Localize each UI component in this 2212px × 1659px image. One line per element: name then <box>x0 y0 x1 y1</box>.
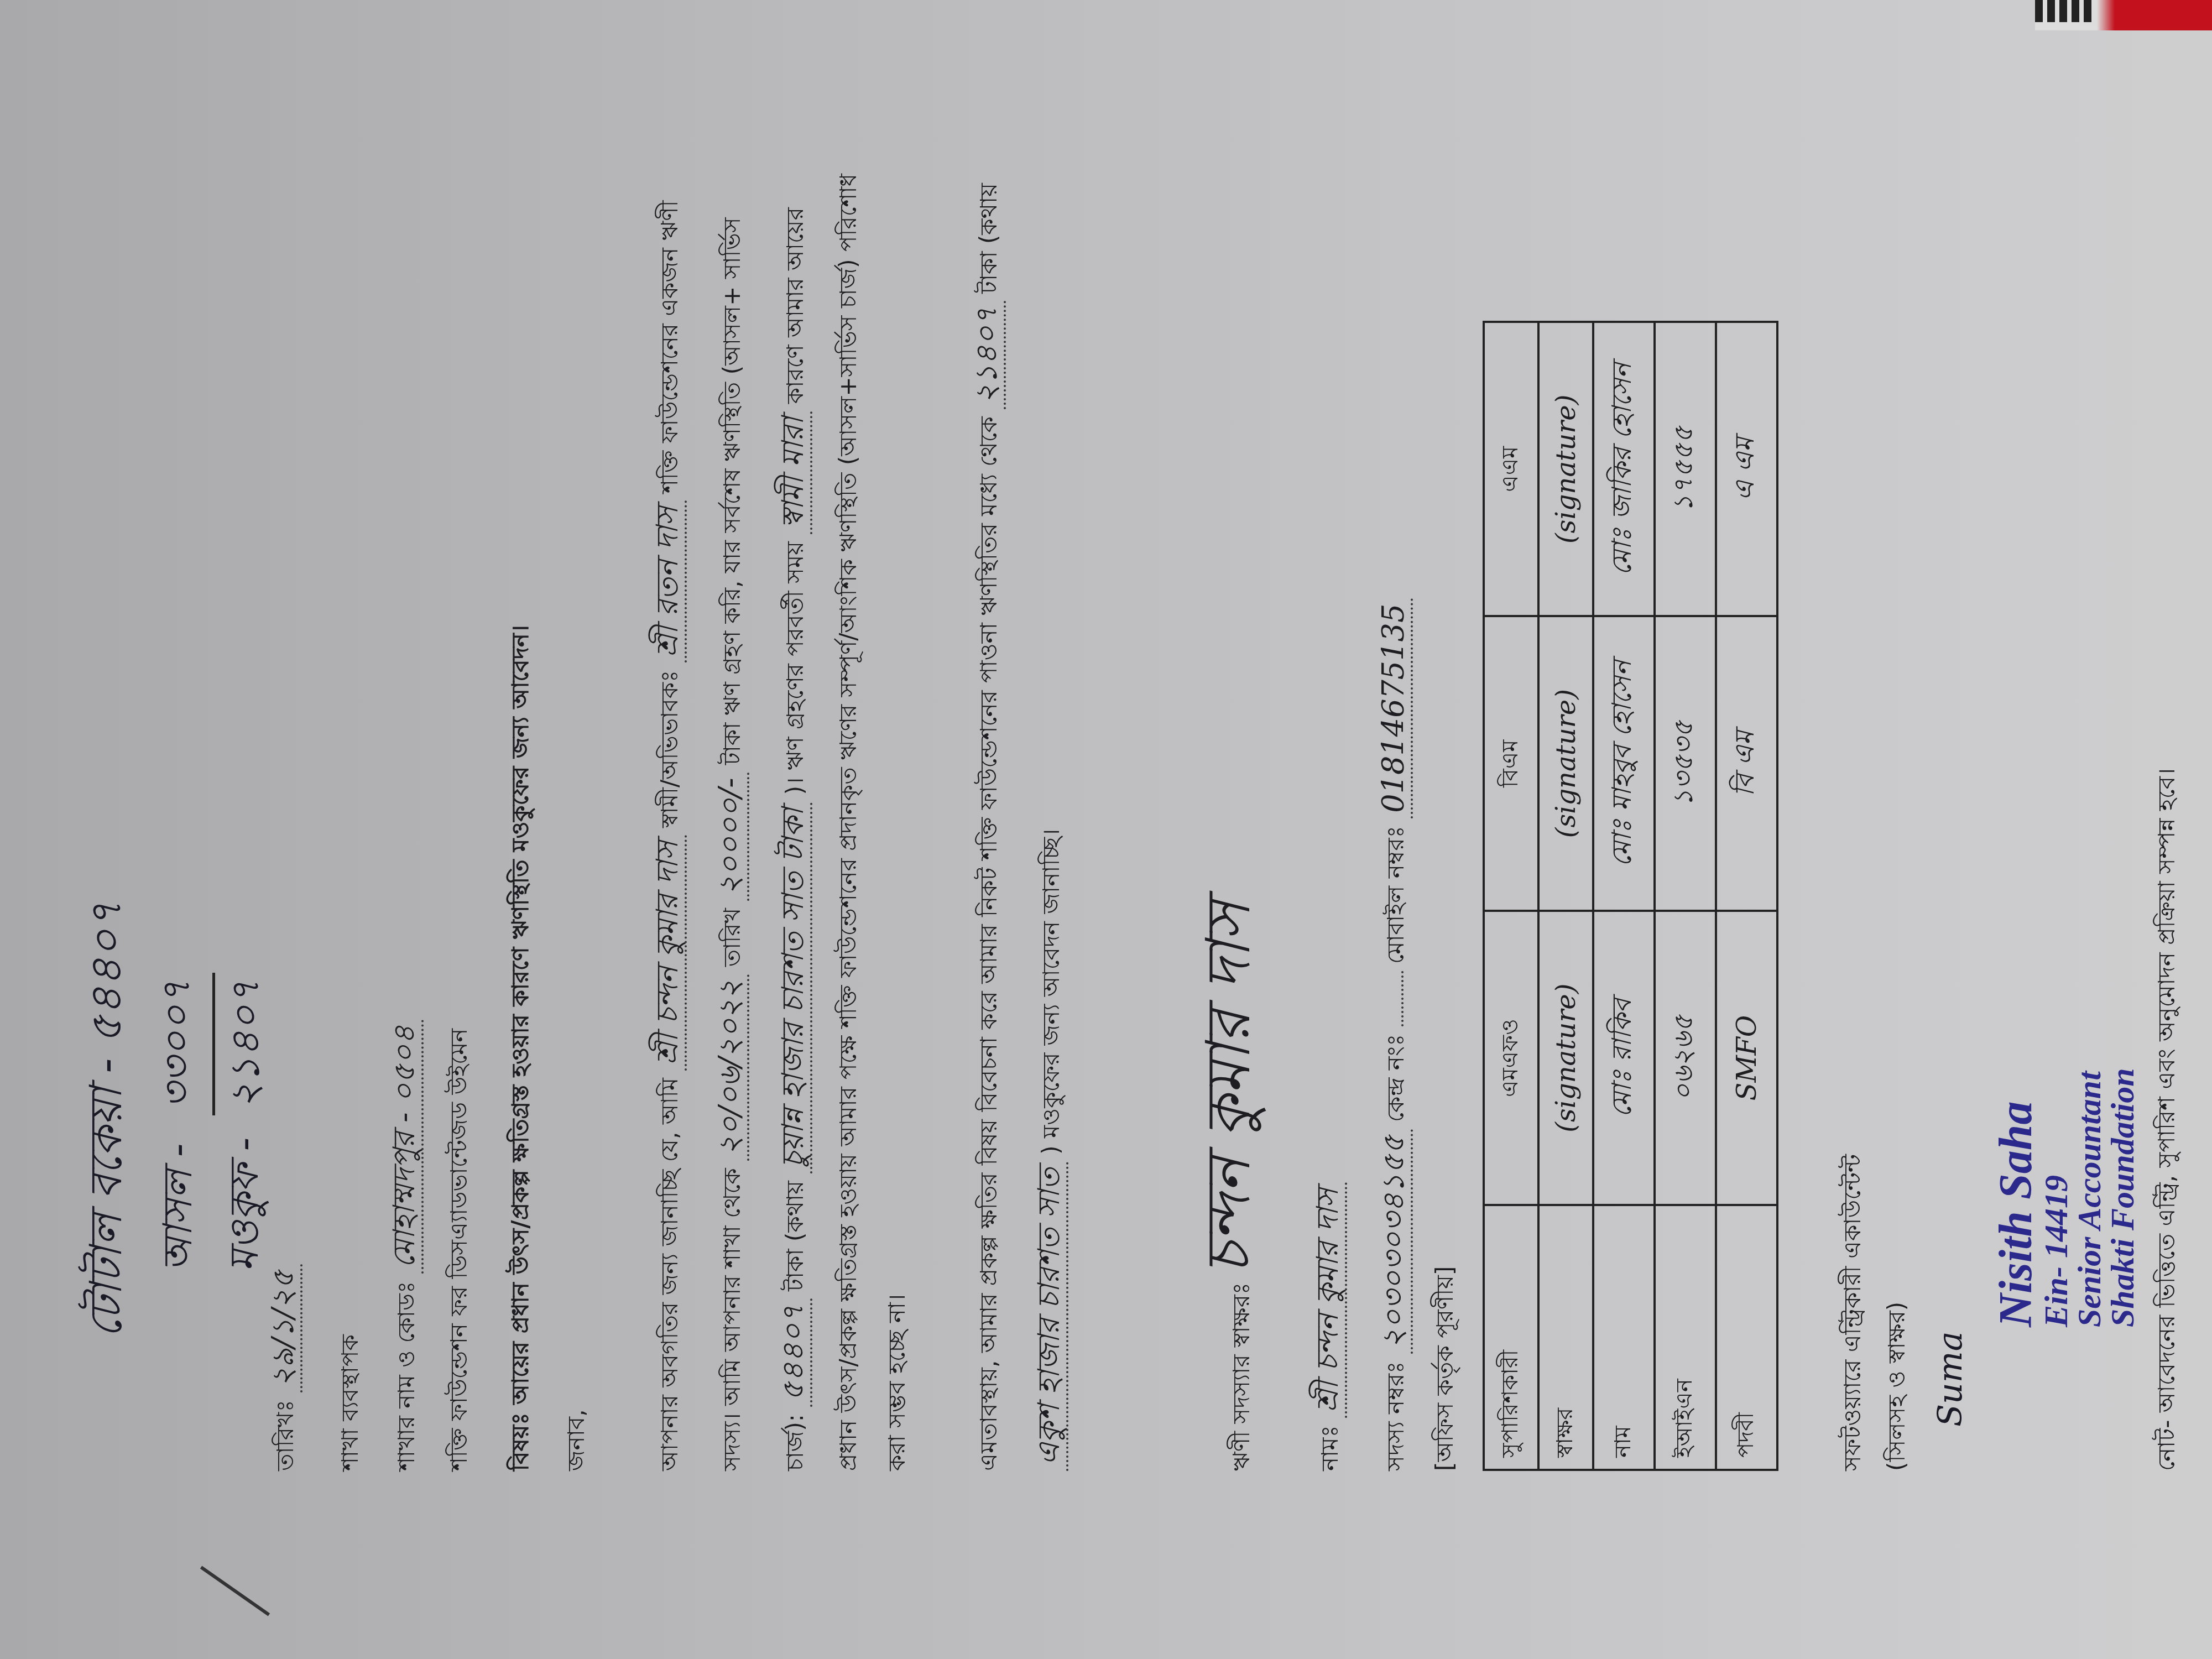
member-details: ঋণী সদস্যার স্বাক্ষরঃ চন্দন কুমার দাস না… <box>1161 171 1427 1471</box>
cell[interactable]: (signature) <box>1538 911 1593 1205</box>
branch-label: শাখার নাম ও কোডঃ <box>393 1281 420 1471</box>
accountant-stamp: Nisith Saha Ein- 14419 Senior Accountant… <box>1993 88 2139 1327</box>
balance-field[interactable]: ৫৪৪০৭ <box>775 1298 812 1406</box>
note: নোট- আবেদনের ভিত্তিতে এন্ট্রি, সুপারিশ এ… <box>2145 88 2189 1471</box>
handwritten-totals: টোটাল বকেয়া - ৫৪৪০৭ আসল - মওকুফ - ৩৩০০৭… <box>72 453 281 1338</box>
loan-amount-field[interactable]: ২০০০০/- <box>712 773 749 901</box>
branch-field[interactable]: মোহাম্মদপুর - ০৫০৪ <box>387 1020 424 1274</box>
cell[interactable]: ০৬২৬৫ <box>1655 911 1716 1205</box>
cell[interactable]: ১৭৫৫৫ <box>1655 322 1716 616</box>
form-header: তারিখঃ ২৯/১/২৫ শাখা ব্যবস্থাপক শাখার নাম… <box>260 199 607 1471</box>
name-field[interactable]: শ্রী চন্দন কুমার দাস <box>1310 1182 1347 1417</box>
cell[interactable]: মোঃ মাহবুব হোসেন <box>1593 616 1655 910</box>
recipient: শাখা ব্যবস্থাপক <box>332 199 371 1471</box>
row-label: পদবী <box>1716 1205 1777 1470</box>
text: )। ঋণ গ্রহণের পরবর্তী সময় <box>781 541 808 795</box>
center-label: কেন্দ্র নংঃ <box>1382 1034 1409 1122</box>
organization: শক্তি ফাউন্ডেশন ফর ডিসএ্যাডভান্টেজড উইমে… <box>441 199 480 1471</box>
table-row: পদবী SMFO বি এম এ এম <box>1716 322 1777 1470</box>
principal-label: আসল <box>154 1170 201 1272</box>
center-field[interactable] <box>1401 971 1404 1026</box>
waiver-amount-field[interactable]: ২১৪০৭ <box>969 301 1006 409</box>
salutation: জনাব, <box>558 199 597 1471</box>
cell[interactable]: মোঃ জাকির হোসেন <box>1593 322 1655 616</box>
text: ) মওকুফের জন্য আবেদন জানাচ্ছি। <box>1037 829 1065 1155</box>
stamp-name: Nisith Saha <box>1993 88 2039 1327</box>
text: আপনার অবগতির জন্য জানাচ্ছি যে, আমি <box>656 1078 683 1471</box>
recommendation-table: সুপারিশকারী এমএফও বিএম এএম স্বাক্ষর (sig… <box>1483 321 1778 1471</box>
cell[interactable]: SMFO <box>1716 911 1777 1205</box>
stamp-org: Shakti Foundation <box>2106 88 2139 1327</box>
col-header: বিএম <box>1484 616 1538 910</box>
waiver-words-field[interactable]: একুশ হাজার চারশত সাত <box>1031 1162 1068 1471</box>
col-header: এএম <box>1484 322 1538 616</box>
office-title: [অফিস কর্তৃক পূরণীয়] <box>1427 171 1466 1471</box>
subject: বিষয়ঃ আয়ের প্রধান উৎস/প্রকল্প ক্ষতিগ্র… <box>502 199 541 1471</box>
name-label: নামঃ <box>1316 1425 1343 1471</box>
table-row: ইআইএন ০৬২৬৫ ১৩৫৩৫ ১৭৫৫৫ <box>1655 322 1716 1470</box>
date-field[interactable]: ২৯/১/২৫ <box>265 1264 302 1392</box>
cell[interactable]: ১৩৫৩৫ <box>1655 616 1716 910</box>
footer: সফটওয়্যারে এন্ট্রিকারী একাউন্টেন্ট (সিল… <box>1830 88 2188 1471</box>
accountant-signature: Suma <box>1919 88 1982 1427</box>
mobile-label: মোবাইল নম্বরঃ <box>1382 826 1409 964</box>
balance-words-field[interactable]: চুয়ান্ন হাজার চারশত সাত টাকা <box>775 802 812 1173</box>
loan-date-field[interactable]: ২০/০৬/২০২২ <box>712 974 749 1161</box>
member-signature[interactable]: চন্দন কুমার দাস <box>1193 901 1264 1275</box>
signature-label: ঋণী সদস্যার স্বাক্ষরঃ <box>1228 1282 1255 1471</box>
pen-mark <box>200 1566 270 1616</box>
office-section: [অফিস কর্তৃক পূরণীয়] সুপারিশকারী এমএফও … <box>1427 171 1778 1471</box>
application-body: আপনার অবগতির জন্য জানাচ্ছি যে, আমি শ্রী … <box>636 171 1113 1471</box>
row-label: স্বাক্ষর <box>1538 1205 1593 1470</box>
text: স্বামী/অভিভাবকঃ <box>656 670 683 828</box>
accountant-sub: (সিলসহ ও স্বাক্ষর) <box>1875 88 1919 1471</box>
member-id-field[interactable]: ২০৩০৩০৩৪১৫৫ <box>1376 1129 1413 1354</box>
text: টাকা (কথায় <box>781 1181 808 1291</box>
date-label: তারিখঃ <box>272 1400 299 1471</box>
cell[interactable]: বি এম <box>1716 616 1777 910</box>
member-name-field[interactable]: শ্রী চন্দন কুমার দাস <box>650 835 687 1070</box>
member-id-label: সদস্য নম্বরঃ <box>1382 1361 1409 1471</box>
table-row: নাম মোঃ রাকিব মোঃ মাহবুব হোসেন মোঃ জাকির… <box>1593 322 1655 1470</box>
guardian-field[interactable]: শ্রী রতন দাস <box>650 500 687 662</box>
row-label: নাম <box>1593 1205 1655 1470</box>
table-row: স্বাক্ষর (signature) (signature) (signat… <box>1538 322 1593 1470</box>
text: এমতাবস্থায়, আমার প্রকল্প ক্ষতির বিষয় ব… <box>975 416 1002 1471</box>
row-label: ইআইএন <box>1655 1205 1716 1470</box>
reason-field[interactable]: স্বামী মারা <box>775 411 812 534</box>
loan-waiver-form: টোটাল বকেয়া - ৫৪৪০৭ আসল - মওকুফ - ৩৩০০৭… <box>28 0 2184 1637</box>
total-label: টোটাল বকেয়া <box>80 1087 132 1338</box>
col-header: এমএফও <box>1484 911 1538 1205</box>
text: টাকা (কথায় <box>975 183 1002 294</box>
total-value: ৫৪৪০৭ <box>80 900 132 1044</box>
text: তারিখ <box>718 908 745 967</box>
col-header: সুপারিশকারী <box>1484 1205 1538 1470</box>
cell[interactable]: এ এম <box>1716 322 1777 616</box>
principal-value: ৩৩০০৭ <box>146 973 215 1115</box>
cell[interactable]: (signature) <box>1538 322 1593 616</box>
mobile-field[interactable]: 01814675135 <box>1376 598 1413 818</box>
stamp-ein: Ein- 14419 <box>2039 88 2073 1327</box>
cell[interactable]: মোঃ রাকিব <box>1593 911 1655 1205</box>
stamp-title: Senior Accountant <box>2073 88 2106 1327</box>
cell[interactable]: (signature) <box>1538 616 1593 910</box>
accountant-label: সফটওয়্যারে এন্ট্রিকারী একাউন্টেন্ট <box>1830 88 1875 1471</box>
